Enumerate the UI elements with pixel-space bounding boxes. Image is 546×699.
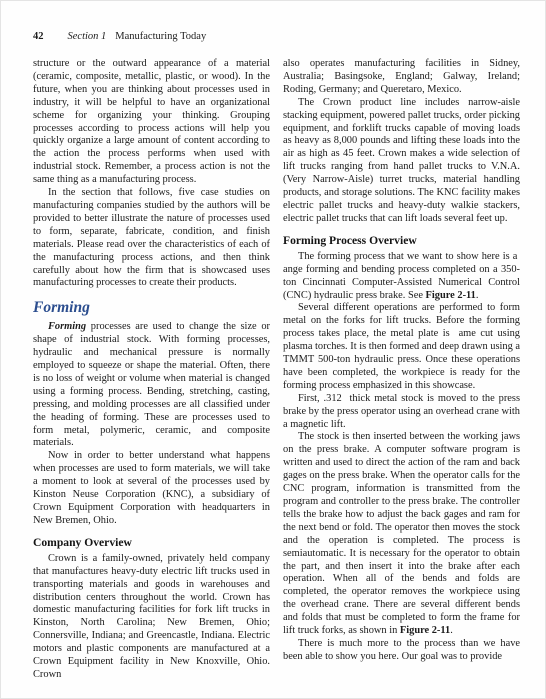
forming-definition-text: processes are used to change the size or… (33, 321, 270, 448)
two-column-layout: structure or the outward appearance of a… (33, 58, 521, 682)
forming-process-overview-heading: Forming Process Overview (283, 234, 520, 247)
running-header: 42 Section 1 Manufacturing Today (33, 31, 521, 43)
paragraph-knc-intro: Now in order to better understand what h… (33, 450, 270, 527)
paragraph-forming-process: The forming process that we want to show… (283, 251, 520, 303)
paragraph-product-line: The Crown product line includes narrow-a… (283, 97, 520, 226)
forming-heading: Forming (33, 299, 270, 316)
paragraph-facilities: also operates manufacturing facilities i… (283, 58, 520, 97)
forming-process-text: The forming process that we want to show… (283, 251, 520, 301)
paragraph-operations: Several different operations are perform… (283, 302, 520, 392)
left-column: structure or the outward appearance of a… (33, 58, 270, 682)
section-label: Section 1 (68, 31, 107, 43)
sentence-end-2: . (450, 625, 453, 636)
paragraph-company-overview: Crown is a family-owned, privately held … (33, 553, 270, 682)
paragraph-closing: There is much more to the process than w… (283, 638, 520, 664)
paragraph-press-brake: The stock is then inserted between the w… (283, 431, 520, 638)
figure-2-11-reference: Figure 2-11 (426, 290, 476, 301)
paragraph-forming-definition: Forming processes are used to change the… (33, 321, 270, 450)
company-overview-heading: Company Overview (33, 536, 270, 549)
book-page: 42 Section 1 Manufacturing Today structu… (0, 0, 546, 699)
book-title: Manufacturing Today (115, 31, 206, 43)
forming-term: Forming (48, 321, 86, 332)
figure-2-11-reference-2: Figure 2-11 (400, 625, 450, 636)
right-column: also operates manufacturing facilities i… (283, 58, 520, 682)
press-brake-text: The stock is then inserted between the w… (283, 431, 520, 636)
paragraph-metal-stock: First, .312 thick metal stock is moved t… (283, 393, 520, 432)
page-number: 42 (33, 31, 44, 43)
paragraph-case-studies: In the section that follows, five case s… (33, 187, 270, 290)
paragraph-structure: structure or the outward appearance of a… (33, 58, 270, 187)
sentence-end: . (476, 290, 479, 301)
